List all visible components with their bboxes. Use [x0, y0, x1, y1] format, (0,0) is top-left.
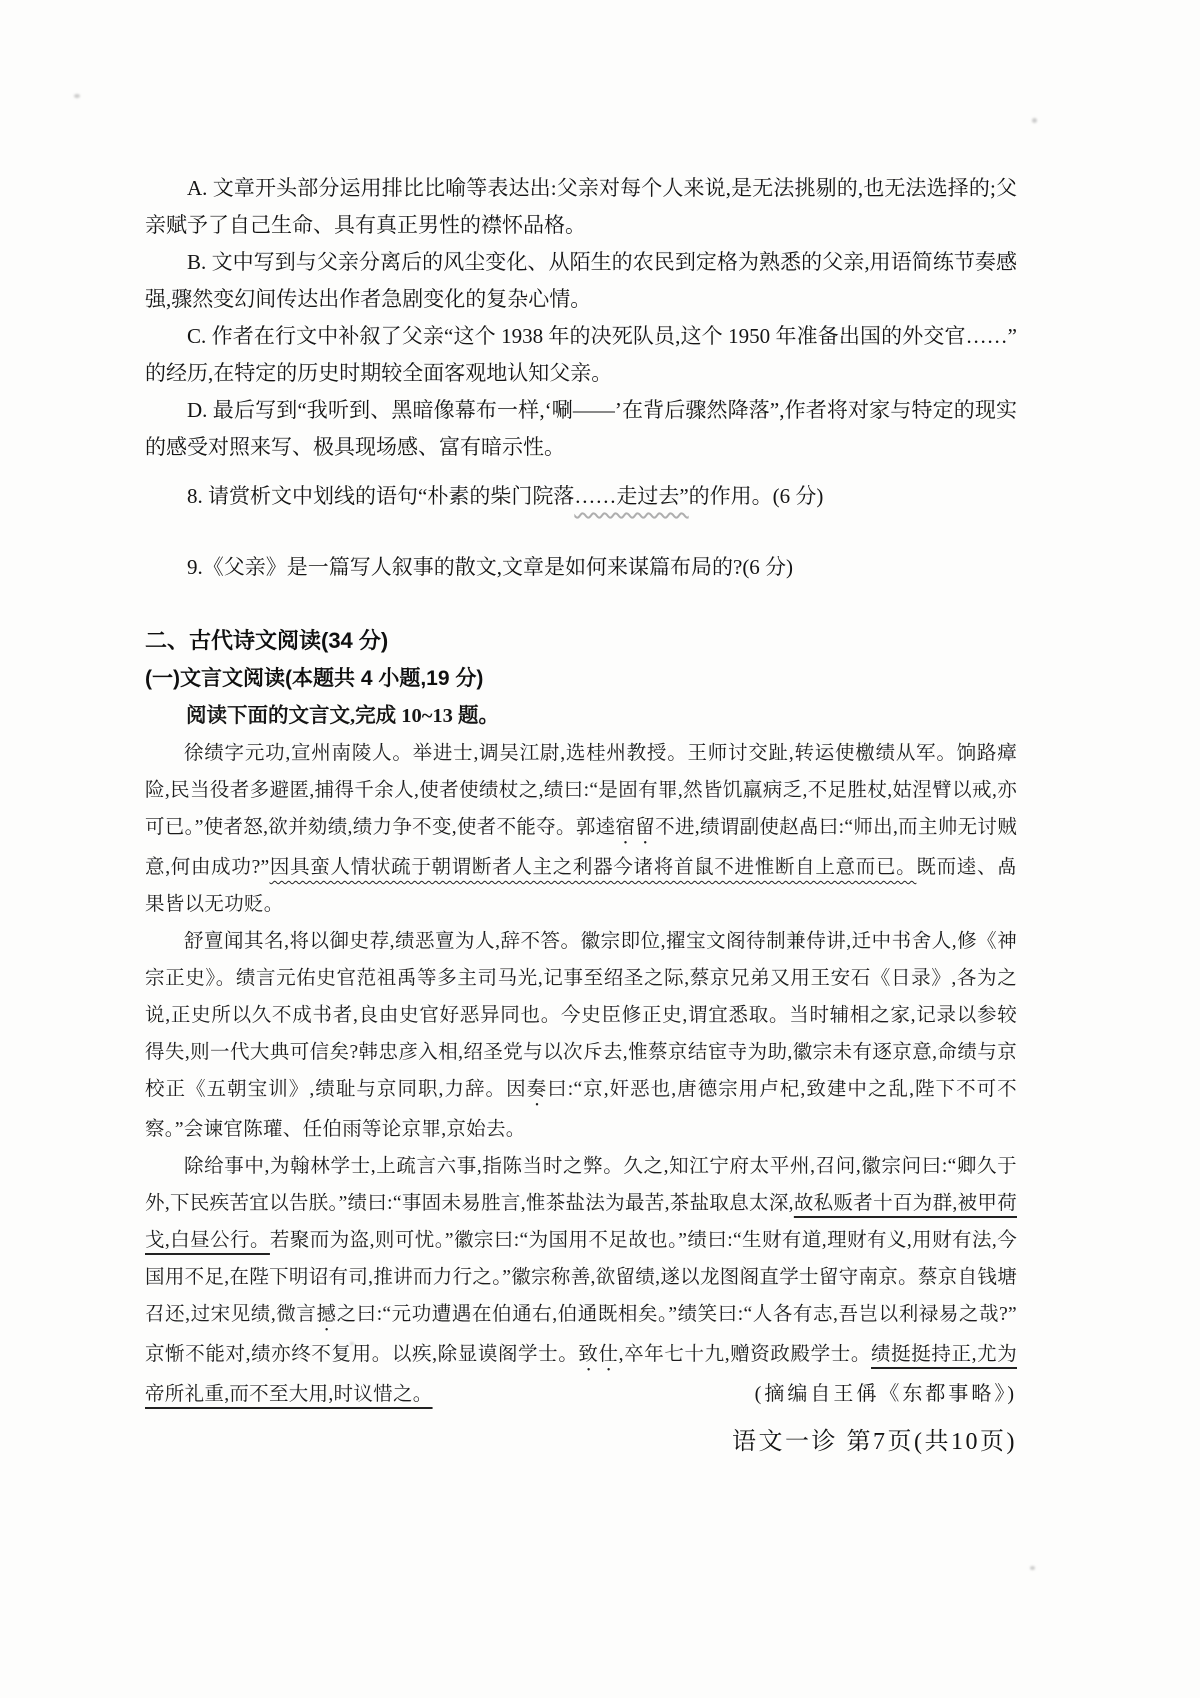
option-c: C. 作者在行文中补叙了父亲“这个 1938 年的决死队员,这个 1950 年准…: [145, 318, 1017, 392]
option-d: D. 最后写到“我听到、黑暗像幕布一样,‘唰——’在背后骤然降落”,作者将对家与…: [145, 392, 1017, 466]
classical-passage: 徐绩字元功,宣州南陵人。举进士,调吴江尉,选桂州教授。王师讨交趾,转运使檄绩从军…: [145, 735, 1017, 1413]
text-segment: 致仕: [578, 1344, 618, 1365]
passage-paragraph-1: 徐绩字元功,宣州南陵人。举进士,调吴江尉,选桂州教授。王师讨交趾,转运使檄绩从军…: [145, 735, 1017, 923]
text-segment: ……走过去”: [574, 484, 688, 508]
scan-speck: [74, 94, 80, 98]
scan-speck: [1032, 118, 1037, 123]
text-segment: 因具蛮人情状疏于朝谓断者人主之利器今诸将首鼠不进惟断自上意而已。: [270, 857, 917, 878]
text-segment: 撼: [316, 1304, 336, 1325]
text-segment: ,卒年七十九,赠资政殿学士。: [619, 1344, 871, 1365]
page-content: A. 文章开头部分运用排比比喻等表达出:父亲对每个人来说,是无法挑剔的,也无法选…: [145, 0, 1017, 1461]
section-subtitle: (一)文言文阅读(本题共 4 小题,19 分): [145, 660, 1017, 698]
question-8: 8. 请赏析文中划线的语句“朴素的柴门院落……走过去”的作用。(6 分): [145, 478, 1017, 515]
passage-paragraph-3: 除给事中,为翰林学士,上疏言六事,指陈当时之弊。久之,知江宁府太平州,召问,徽宗…: [145, 1148, 1017, 1413]
text-segment: 的作用。(6 分): [689, 484, 824, 508]
section-title: 二、古代诗文阅读(34 分): [145, 622, 1017, 660]
option-a: A. 文章开头部分运用排比比喻等表达出:父亲对每个人来说,是无法挑剔的,也无法选…: [145, 170, 1017, 244]
exam-page: A. 文章开头部分运用排比比喻等表达出:父亲对每个人来说,是无法挑剔的,也无法选…: [0, 0, 1200, 1698]
text-segment: 舒亶闻其名,将以御史荐,绩恶亶为人,辞不答。徽宗即位,擢宝文阁待制兼侍讲,迁中书…: [145, 931, 1017, 1100]
text-segment: 宿留: [615, 817, 655, 838]
question-9: 9.《父亲》是一篇写人叙事的散文,文章是如何来谋篇布局的?(6 分): [145, 549, 1017, 586]
scan-speck: [350, 1342, 354, 1345]
option-b: B. 文中写到与父亲分离后的风尘变化、从陌生的农民到定格为熟悉的父亲,用语简练节…: [145, 244, 1017, 318]
page-footer: 语文一诊 第7页(共10页): [145, 1423, 1017, 1461]
reading-instruction: 阅读下面的文言文,完成 10~13 题。: [145, 698, 1017, 735]
text-segment: 8. 请赏析文中划线的语句“朴素的柴门院落: [187, 484, 574, 508]
scan-speck: [1030, 1566, 1035, 1570]
passage-paragraph-2: 舒亶闻其名,将以御史荐,绩恶亶为人,辞不答。徽宗即位,擢宝文阁待制兼侍讲,迁中书…: [145, 923, 1017, 1148]
text-segment: 奏: [527, 1079, 548, 1100]
